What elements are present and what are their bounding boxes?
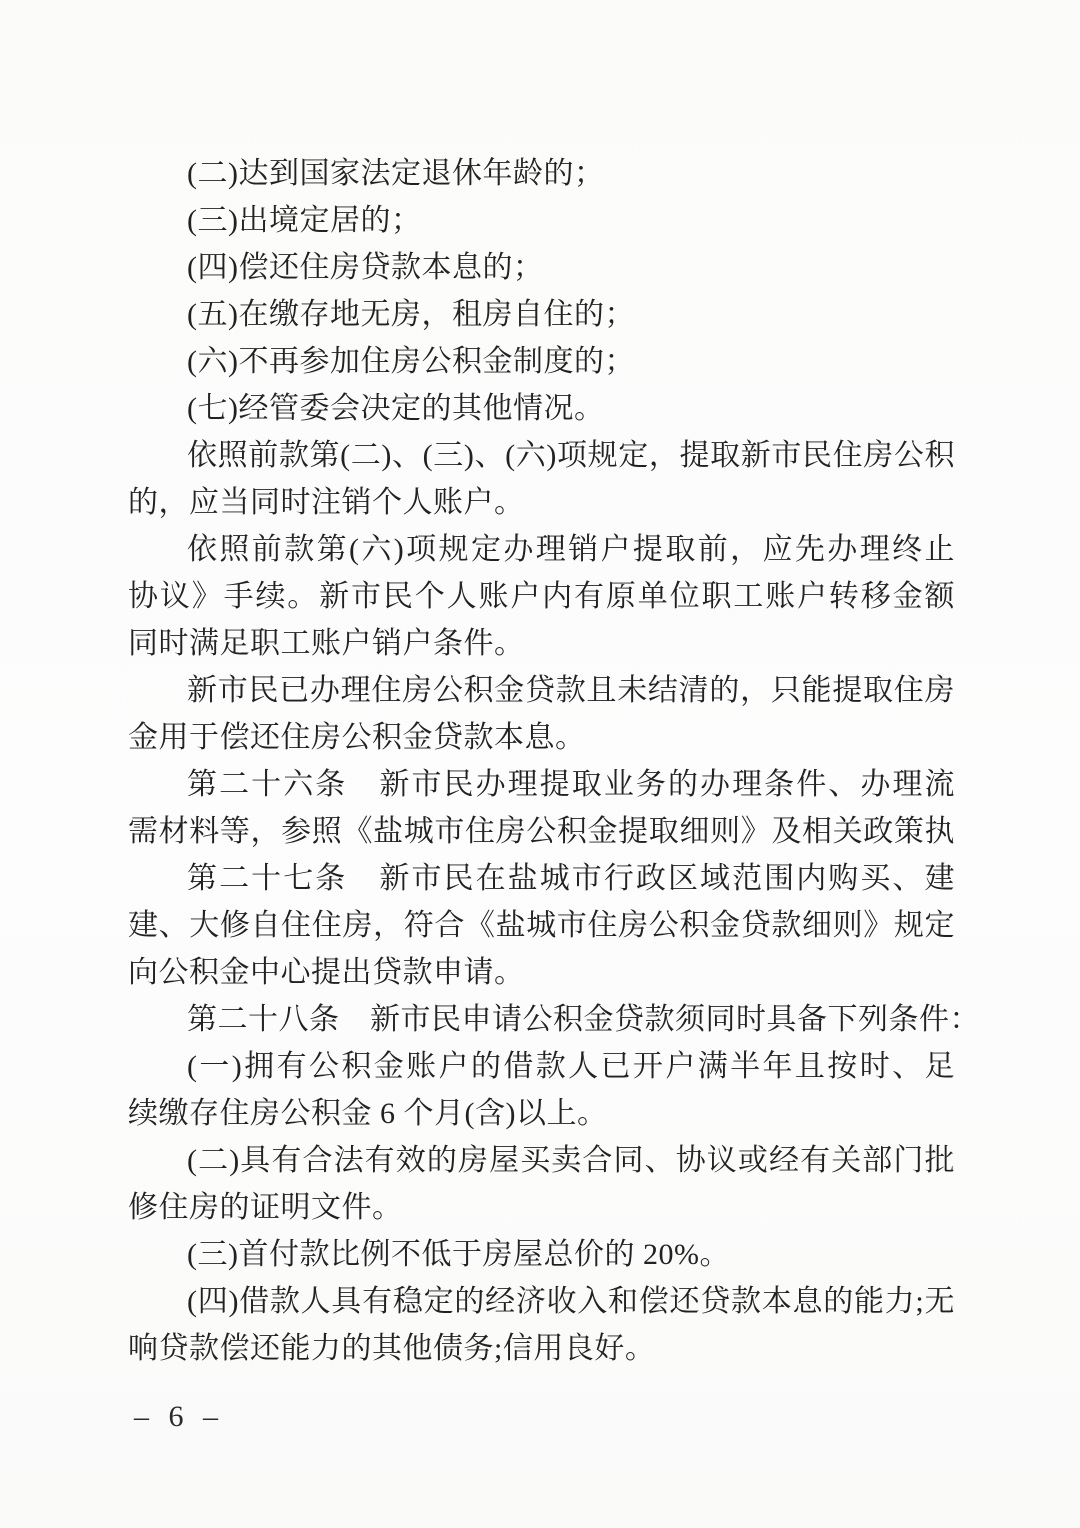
text-line: (二)具有合法有效的房屋买卖合同、协议或经有关部门批准建: [128, 1137, 955, 1184]
text-line: 第二十六条 新市民办理提取业务的办理条件、办理流程、所: [128, 761, 955, 808]
text-line: (一)拥有公积金账户的借款人已开户满半年且按时、足额、连: [128, 1043, 955, 1090]
text-line: 响贷款偿还能力的其他债务;信用良好。: [128, 1325, 955, 1372]
text-line: 金用于偿还住房公积金贷款本息。: [128, 714, 955, 761]
document-page: (二)达到国家法定退休年龄的；(三)出境定居的；(四)偿还住房贷款本息的；(五)…: [0, 0, 1080, 1528]
text-line: 新市民已办理住房公积金贷款且未结清的，只能提取住房公积: [128, 667, 955, 714]
text-line: 同时满足职工账户销户条件。: [128, 620, 955, 667]
text-line: 第二十八条 新市民申请公积金贷款须同时具备下列条件：: [128, 996, 955, 1043]
page-number: – 6 –: [134, 1400, 224, 1434]
text-line: 续缴存住房公积金 6 个月(含)以上。: [128, 1090, 955, 1137]
text-line: (五)在缴存地无房，租房自住的；: [128, 291, 955, 338]
text-line: (二)达到国家法定退休年龄的；: [128, 150, 955, 197]
text-line: (三)首付款比例不低于房屋总价的 20%。: [128, 1231, 955, 1278]
text-line: 依照前款第(二)、(三)、(六)项规定，提取新市民住房公积金: [128, 432, 955, 479]
text-line: (七)经管委会决定的其他情况。: [128, 385, 955, 432]
text-line: 建、大修自住住房，符合《盐城市住房公积金贷款细则》规定的，可: [128, 902, 955, 949]
text-line: (六)不再参加住房公积金制度的；: [128, 338, 955, 385]
text-line: 依照前款第(六)项规定办理销户提取前，应先办理终止《自愿: [128, 526, 955, 573]
text-line: 协议》手续。新市民个人账户内有原单位职工账户转移金额的，应: [128, 573, 955, 620]
text-line: 需材料等，参照《盐城市住房公积金提取细则》及相关政策执行。: [128, 808, 955, 855]
text-line: (四)偿还住房贷款本息的；: [128, 244, 955, 291]
text-line: (四)借款人具有稳定的经济收入和偿还贷款本息的能力;无影: [128, 1278, 955, 1325]
text-line: (三)出境定居的；: [128, 197, 955, 244]
text-line: 修住房的证明文件。: [128, 1184, 955, 1231]
text-line: 向公积金中心提出贷款申请。: [128, 949, 955, 996]
text-line: 的，应当同时注销个人账户。: [128, 479, 955, 526]
document-body: (二)达到国家法定退休年龄的；(三)出境定居的；(四)偿还住房贷款本息的；(五)…: [128, 150, 955, 1372]
text-line: 第二十七条 新市民在盐城市行政区域范围内购买、建造、翻: [128, 855, 955, 902]
